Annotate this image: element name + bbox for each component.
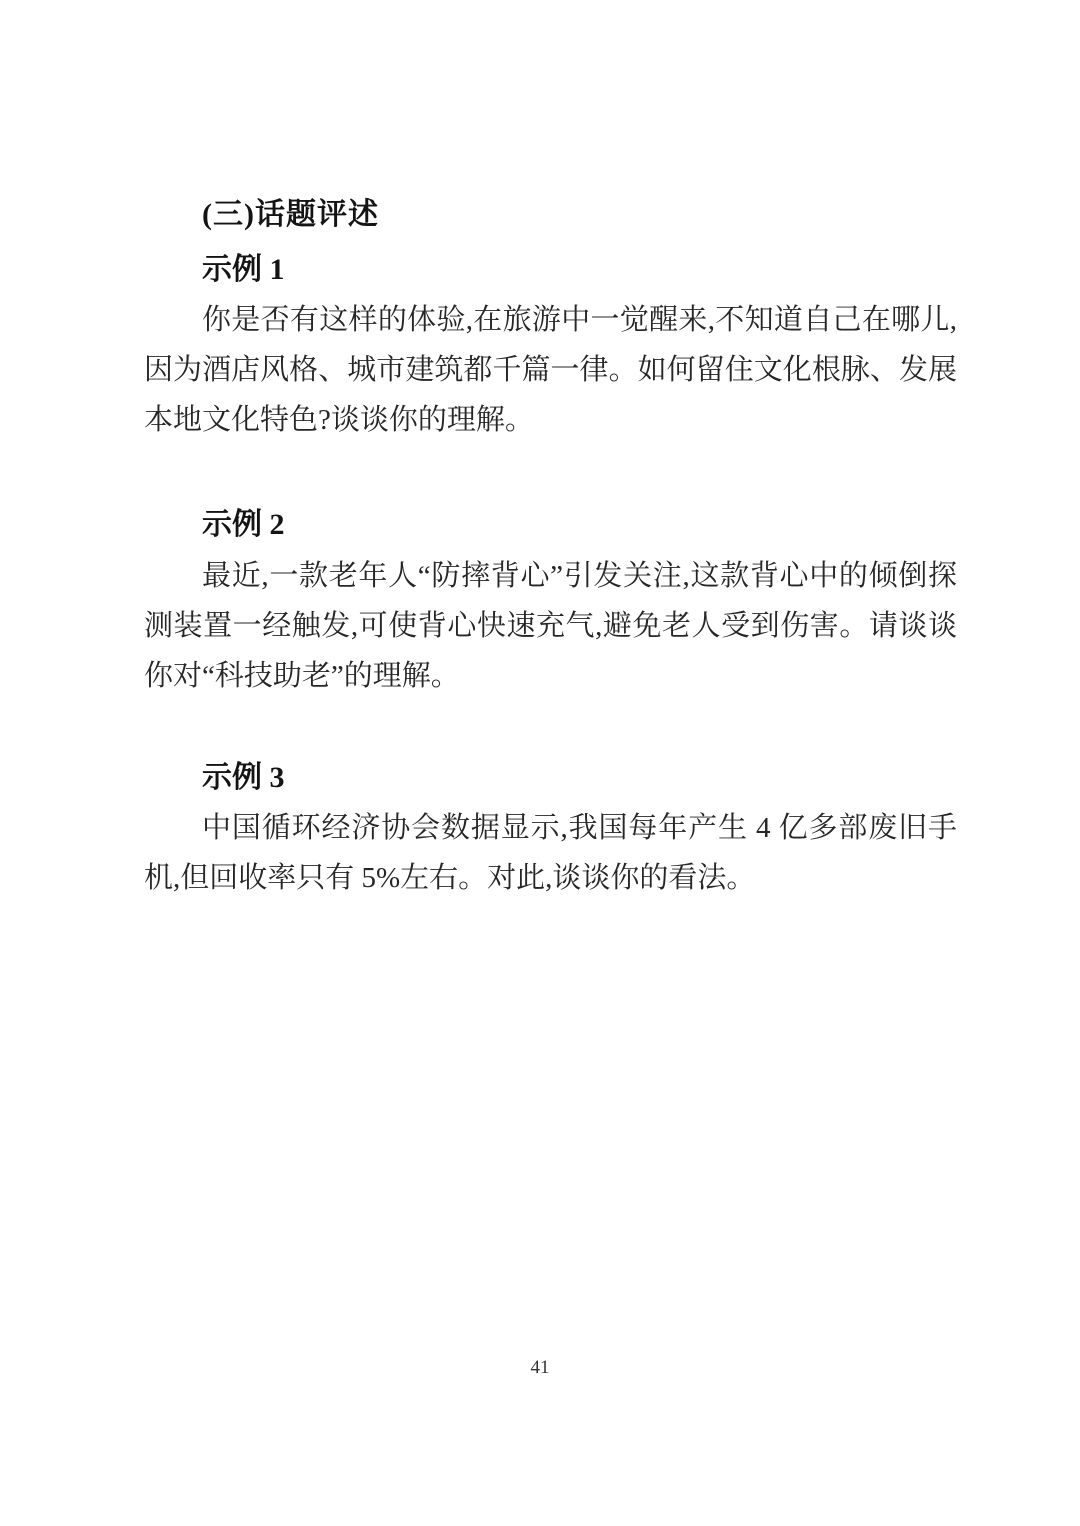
example-1-text: 你是否有这样的体验,在旅游中一觉醒来,不知道自己在哪儿,因为酒店风格、城市建筑都…	[144, 295, 957, 445]
example-2-label: 示例 2	[202, 500, 602, 550]
example-3-text: 中国循环经济协会数据显示,我国每年产生 4 亿多部废旧手机,但回收率只有 5%左…	[144, 803, 957, 903]
document-page: (三)话题评述 示例 1 你是否有这样的体验,在旅游中一觉醒来,不知道自己在哪儿…	[0, 0, 1080, 1526]
example-3-label: 示例 3	[202, 753, 602, 803]
section-heading: (三)话题评述	[202, 190, 902, 240]
example-1-label: 示例 1	[202, 245, 602, 295]
page-number: 41	[0, 1353, 1080, 1383]
example-2-text: 最近,一款老年人“防摔背心”引发关注,这款背心中的倾倒探测装置一经触发,可使背心…	[144, 551, 957, 701]
